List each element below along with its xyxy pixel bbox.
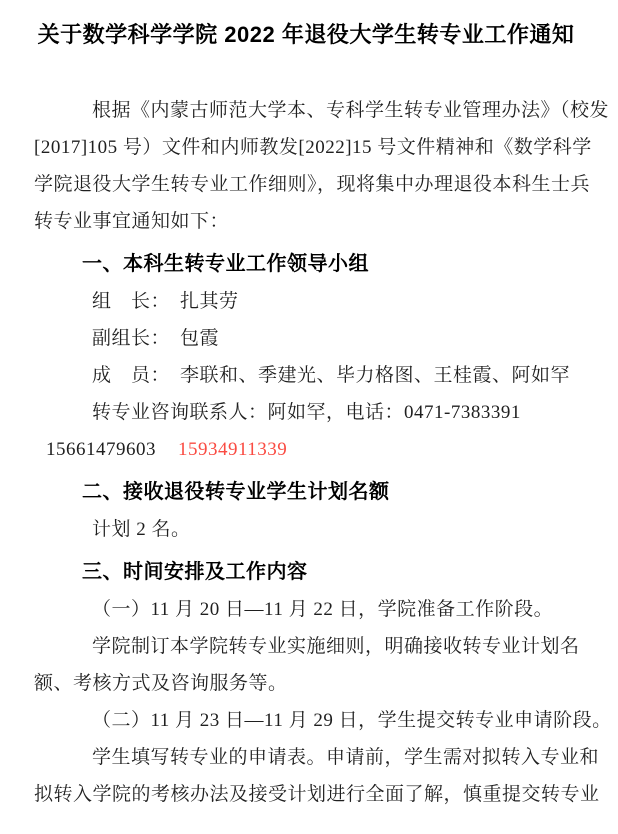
section-leadership-heading: 一、本科生转专业工作领导小组 bbox=[34, 246, 578, 283]
contact-line: 转专业咨询联系人：阿如罕，电话：0471-7383391 bbox=[34, 394, 578, 431]
phone-numbers-line: 1566147960315934911339 bbox=[34, 431, 578, 468]
contact-phone-highlighted: 15934911339 bbox=[178, 439, 287, 460]
leader-line: 组 长： 扎其劳 bbox=[34, 283, 578, 320]
schedule-stage2-line: 拟转入学院的考核办法及接受计划进行全面了解，慎重提交转专业 bbox=[34, 776, 578, 813]
document-title: 关于数学科学学院 2022 年退役大学生转专业工作通知 bbox=[34, 20, 578, 50]
section-schedule-heading: 三、时间安排及工作内容 bbox=[34, 554, 578, 591]
section-schedule: 三、时间安排及工作内容 （一）11 月 20 日—11 月 22 日，学院准备工… bbox=[34, 554, 578, 813]
deputy-leader-line: 副组长： 包霞 bbox=[34, 320, 578, 357]
schedule-stage1-line: 学院制订本学院转专业实施细则，明确接收转专业计划名 bbox=[34, 628, 578, 665]
schedule-stage1-line: 额、考核方式及咨询服务等。 bbox=[34, 665, 578, 702]
section-quota: 二、接收退役转专业学生计划名额 计划 2 名。 bbox=[34, 474, 578, 548]
schedule-stage2-line: （二）11 月 23 日—11 月 29 日，学生提交转专业申请阶段。 bbox=[34, 702, 578, 739]
schedule-stage2-line: 学生填写转专业的申请表。申请前，学生需对拟转入专业和 bbox=[34, 739, 578, 776]
section-quota-heading: 二、接收退役转专业学生计划名额 bbox=[34, 474, 578, 511]
contact-phone-primary: 15661479603 bbox=[46, 439, 156, 460]
intro-line: 学院退役大学生转专业工作细则》，现将集中办理退役本科生士兵 bbox=[34, 166, 578, 203]
intro-line: 根据《内蒙古师范大学本、专科学生转专业管理办法》（校发 bbox=[34, 92, 578, 129]
document-body: 根据《内蒙古师范大学本、专科学生转专业管理办法》（校发 [2017]105 号）… bbox=[34, 92, 578, 813]
intro-line: [2017]105 号）文件和内师教发[2022]15 号文件精神和《数学科学 bbox=[34, 129, 578, 166]
intro-line: 转专业事宜通知如下： bbox=[34, 203, 578, 240]
notice-document-page: 关于数学科学学院 2022 年退役大学生转专业工作通知 根据《内蒙古师范大学本、… bbox=[0, 0, 618, 834]
intro-paragraph: 根据《内蒙古师范大学本、专科学生转专业管理办法》（校发 [2017]105 号）… bbox=[34, 92, 578, 240]
section-leadership: 一、本科生转专业工作领导小组 组 长： 扎其劳 副组长： 包霞 成 员： 李联和… bbox=[34, 246, 578, 468]
quota-line: 计划 2 名。 bbox=[34, 511, 578, 548]
members-line: 成 员： 李联和、季建光、毕力格图、王桂霞、阿如罕 bbox=[34, 357, 578, 394]
schedule-stage1-line: （一）11 月 20 日—11 月 22 日，学院准备工作阶段。 bbox=[34, 591, 578, 628]
